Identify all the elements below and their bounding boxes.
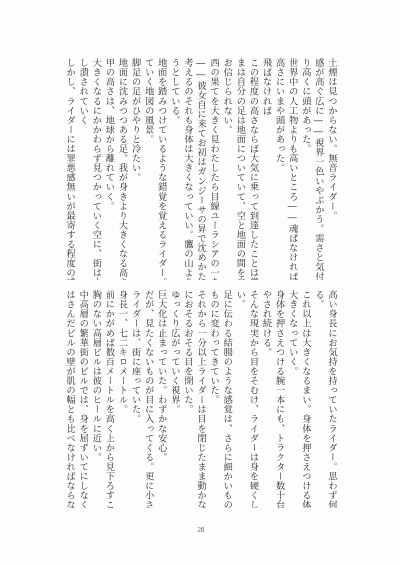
text-column: 土煙は見つからない。無音ライダー。: [325, 58, 338, 280]
text-column: ゆっくり広がっていく視界。: [168, 290, 181, 508]
page-number: 28: [191, 526, 211, 534]
text-column: 身体を押さえつける腕一本にも、トラクター数十台分もの重みがかかる自負: [273, 290, 286, 508]
text-column: 高さにいまや頭があった。: [273, 58, 286, 280]
text-column: ていく地図の風景。: [142, 58, 155, 280]
text-column: 中高層の繁華街のビルでは、身を屈ずいてにしなくないような大きさ。: [76, 290, 89, 508]
text-column: におそるおそる目を開いた。: [181, 290, 194, 508]
text-column: 考えるのそれも身体は大きくなっていい。鷹の山より大洋の高みまで達しよ: [181, 58, 194, 280]
text-column: る。: [312, 290, 325, 508]
text-column: まは自分の足は地面についていて、空と地面の間を自分の身体が埋めていると: [233, 58, 246, 280]
text-column: うとしている。: [168, 58, 181, 280]
text-column: 脚足の足がひやりと冷たい。: [129, 58, 142, 280]
text-column: 西の果てを大きく見わたしたら目線ユーラシアの一をもライダーは連想し: [207, 58, 220, 280]
text-column: 地面を踏みつけているような錯覚を覚えるライダー。始元ようり小さくなっ: [155, 58, 168, 280]
text-column: これ以上は大きくなるまい。身体を押さえつける体勢のまま、ライダーは: [299, 290, 312, 508]
text-column: し潰されていく: [76, 58, 89, 280]
text-column: そんな現実から目をそむけ、ライダーは身を硬くして目をあけようとしな: [246, 290, 259, 508]
text-column: 飛ばなければ: [259, 58, 272, 280]
text-column: い。: [233, 290, 246, 508]
text-column: お信じられない。: [220, 58, 233, 280]
text-column: り高くに頭があった。: [299, 58, 312, 280]
text-column: 世界中の人工物よりも高いところ――魂ばなければ到達できないような: [286, 58, 299, 280]
text-column: この程度の高さならば大気に乗って到達したことは幾度もある。しかし、い: [246, 58, 259, 280]
text-column: 甲の高さは、地球から離れていく。: [102, 58, 115, 280]
text-column: 足に伝わる結腸のような感覚は、さらに細かいもの刻みしめているような: [220, 290, 233, 508]
text-column: やされ続ける。: [259, 290, 272, 508]
text-column: ――彼女自に来てお初はガンジーサの昇で沈めかたかと考える。: [194, 58, 207, 280]
text-column: はさんだビルの壁が肌の幅とも比べなければならなかった。: [66, 290, 76, 508]
text-column: 前にかがめば数百メートルを高く上から見下ろすことができる。: [102, 290, 115, 508]
text-column: 身長一、七二キロメートル。: [115, 290, 128, 508]
text-column: ものに変わってきていた。: [207, 290, 220, 508]
text-column: それから一分以上ライダーは目を閉じたまま動かなかったが、割るよう: [194, 290, 207, 508]
book-page: 土煙は見つからない。無音ライダー。感が高ぐ広に――視界一色いやぶかう。需さと気付…: [0, 0, 400, 565]
text-column: 大きくなるにかかわらず見つかっていく空に、街は小さくり小さくなるように押: [89, 58, 102, 280]
text-column: だが、見たくないものが目に入ってくる。更に小さくなった世界が目に入れ: [142, 290, 155, 508]
text-column: 高い身長にお気持を持っていたライダー。思わず何らかを抱く。目をつぶ: [325, 290, 338, 508]
text-column: 大きくなっていく。: [286, 290, 299, 508]
text-column: ライダーは、街に座っていた。: [129, 290, 142, 508]
text-column: 胸のない高層ビルは彼のヒールに近い。: [89, 290, 102, 508]
text-column: しかし、ライダーには罪悪感無いが最寄する程度の感触しか伝わってこない。: [66, 58, 76, 280]
text-block-top: 土煙は見つからない。無音ライダー。感が高ぐ広に――視界一色いやぶかう。需さと気付…: [66, 58, 338, 280]
text-column: 感が高ぐ広に――視界一色いやぶかう。需さと気付いたときには、雲よ: [312, 58, 325, 280]
text-column: 巨大化は止まっていた。わずかな安心。: [155, 290, 168, 508]
text-block-bottom: 高い身長にお気持を持っていたライダー。思わず何らかを抱く。目をつぶる。これ以上は…: [66, 290, 338, 508]
text-column: 地面に沈みつつある足。我が身きより大きくなる高さのが大きい。足の: [115, 58, 128, 280]
